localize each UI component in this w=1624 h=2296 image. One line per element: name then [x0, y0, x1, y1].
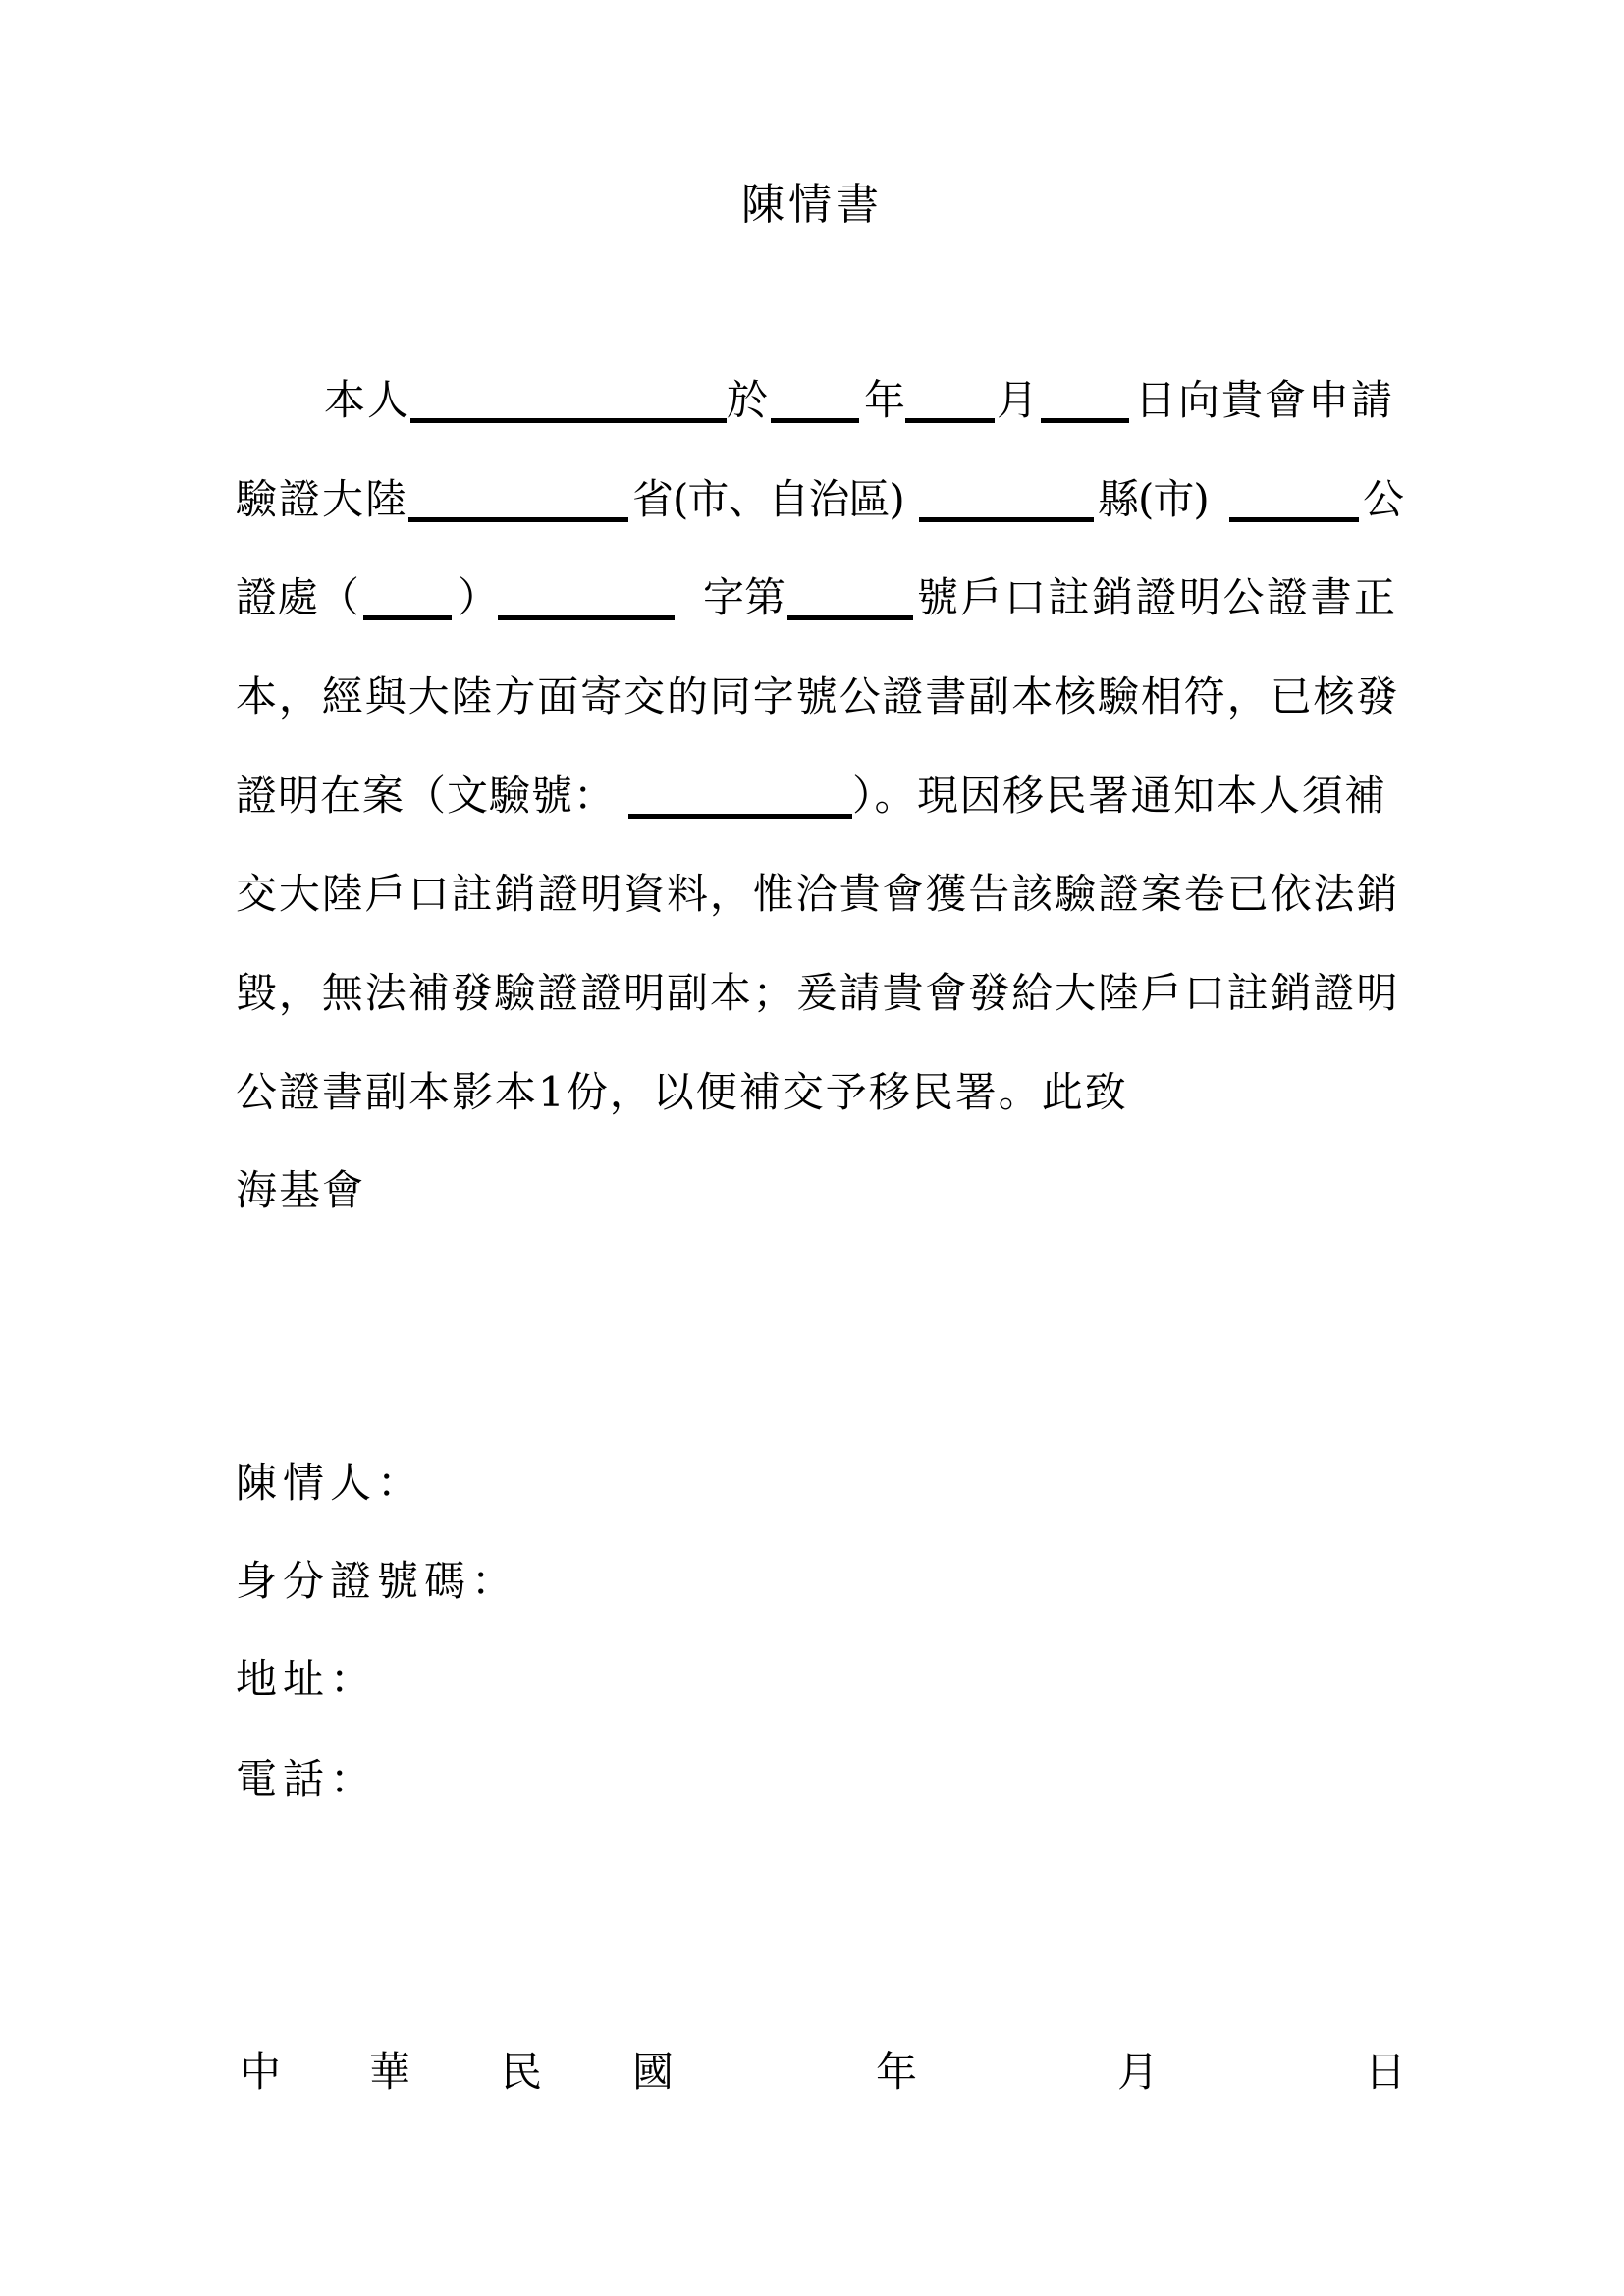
notary-office-blank[interactable]: [1229, 517, 1359, 522]
body-line-7: 毀，無法補發驗證證明副本；爰請貴會發給大陸戶口註銷證明: [0, 969, 1624, 1028]
body-line-2: 驗證大陸 省(市、自治區) 縣(市) 公: [0, 475, 1624, 534]
text-segment: 公證書副本影本1份，以便補交予移民署。此致: [236, 1068, 1128, 1117]
body-line-1: 本人 於 年 月 日向貴會申請: [0, 376, 1624, 435]
text-segment: 證處（: [236, 573, 359, 622]
text-segment: ）: [458, 573, 499, 622]
certificate-prefix-blank[interactable]: [498, 615, 675, 620]
date-year-label: 年: [876, 2048, 917, 2097]
date-line: 中 華 民 國 年 月 日: [0, 2048, 1624, 2107]
text-segment: 字第: [703, 573, 785, 622]
text-segment: 毀，無法補發驗證證明副本；爰請貴會發給大陸戶口註銷證明: [236, 969, 1399, 1018]
text-segment: 公: [1363, 475, 1404, 524]
text-segment: 日向貴會申請: [1135, 376, 1394, 425]
text-segment: 於: [727, 376, 768, 425]
text-segment: 本人: [324, 376, 410, 425]
text-segment: 證明在案（文驗號：: [236, 772, 616, 821]
document-title: 陳情書: [741, 180, 883, 231]
month-blank[interactable]: [905, 418, 995, 423]
date-char: 華: [369, 2048, 410, 2097]
body-line-3: 證處（ ） 字第 號戶口註銷證明公證書正: [0, 573, 1624, 632]
text-segment: 本，經與大陸方面寄交的同字號公證書副本核驗相符，已核發: [236, 672, 1399, 721]
body-line-6: 交大陸戶口註銷證明資料，惟洽貴會獲告該驗證案卷已依法銷: [0, 870, 1624, 929]
name-blank[interactable]: [410, 418, 727, 423]
certificate-number-blank[interactable]: [787, 615, 913, 620]
body-line-5: 證明在案（文驗號： ）。現因移民署通知本人須補: [0, 772, 1624, 830]
body-line-8: 公證書副本影本1份，以便補交予移民署。此致: [0, 1068, 1624, 1127]
verification-number-blank[interactable]: [628, 814, 852, 819]
text-segment: 縣(市): [1098, 475, 1209, 524]
id-number-label: 身分證號碼：: [236, 1557, 518, 1606]
body-line-4: 本，經與大陸方面寄交的同字號公證書副本核驗相符，已核發: [0, 672, 1624, 731]
text-segment: 交大陸戶口註銷證明資料，惟洽貴會獲告該驗證案卷已依法銷: [236, 870, 1399, 919]
addressee: 海基會: [236, 1166, 365, 1215]
addressee-line: 海基會: [0, 1166, 1624, 1225]
date-char: 民: [501, 2048, 542, 2097]
text-segment: 省(市、自治區): [632, 475, 904, 524]
province-blank[interactable]: [408, 517, 628, 522]
text-segment: ）。現因移民署通知本人須補: [852, 772, 1387, 821]
county-blank[interactable]: [919, 517, 1094, 522]
date-day-label: 日: [1365, 2048, 1406, 2097]
address-label: 地址：: [236, 1655, 377, 1704]
date-char: 中: [240, 2048, 281, 2097]
year-blank[interactable]: [771, 418, 859, 423]
text-segment: 號戶口註銷證明公證書正: [917, 573, 1398, 622]
text-segment: 月: [997, 376, 1038, 425]
office-code-blank[interactable]: [363, 615, 452, 620]
date-char: 國: [632, 2048, 674, 2097]
text-segment: 驗證大陸: [236, 475, 408, 524]
date-month-label: 月: [1117, 2048, 1159, 2097]
text-segment: 年: [864, 376, 905, 425]
document-page: 陳情書 本人 於 年 月 日向貴會申請 驗證大陸 省(市、自治區) 縣(市) 公…: [0, 0, 1624, 2296]
petitioner-label: 陳情人：: [236, 1459, 424, 1508]
phone-label: 電話：: [236, 1755, 377, 1804]
day-blank[interactable]: [1041, 418, 1129, 423]
